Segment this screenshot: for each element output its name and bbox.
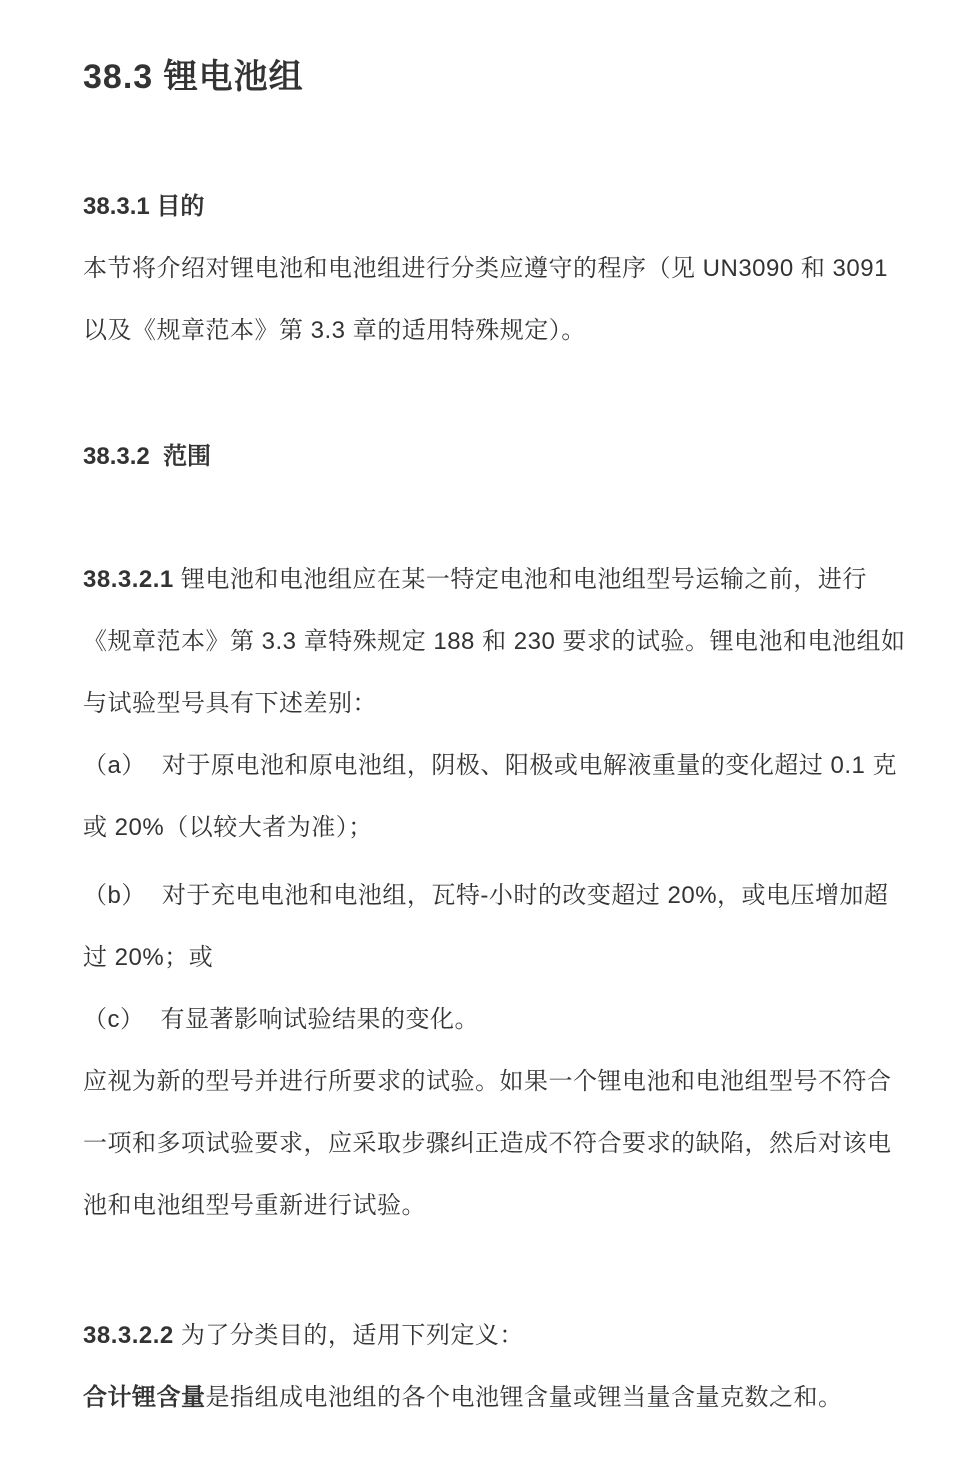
list-item-b-label: （b） xyxy=(83,882,162,909)
paragraph-purpose: 本节将介绍对锂电池和电池组进行分类应遵守的程序（见 UN3090 和 3091 … xyxy=(83,238,908,362)
list-item-a: （a）对于原电池和原电池组，阴极、阳极或电解液重量的变化超过 0.1 克或 20… xyxy=(83,735,908,859)
clause-number-38-3-2-2: 38.3.2.2 xyxy=(83,1322,174,1349)
list-item-a-label: （a） xyxy=(83,752,162,779)
paragraph-38-3-2-1: 38.3.2.1 锂电池和电池组应在某一特定电池和电池组型号运输之前，进行《规章… xyxy=(83,549,908,735)
list-item-c-text: 有显著影响试验结果的变化。 xyxy=(161,1006,480,1033)
list-item-c: （c）有显著影响试验结果的变化。 xyxy=(83,989,908,1051)
heading-38-3-2-scope: 38.3.2 范围 xyxy=(83,426,908,488)
definition-text: 是指组成电池组的各个电池锂含量或锂当量含量克数之和。 xyxy=(206,1384,843,1411)
clause-text-38-3-2-2: 为了分类目的，适用下列定义： xyxy=(174,1322,524,1349)
clause-text-38-3-2-1: 锂电池和电池组应在某一特定电池和电池组型号运输之前，进行《规章范本》第 3.3 … xyxy=(83,566,905,717)
paragraph-38-3-2-2: 38.3.2.2 为了分类目的，适用下列定义： xyxy=(83,1305,908,1367)
paragraph-definition: 合计锂含量是指组成电池组的各个电池锂含量或锂当量含量克数之和。 xyxy=(83,1367,908,1429)
clause-number-38-3-2-1: 38.3.2.1 xyxy=(83,566,174,593)
heading-38-3-1-purpose: 38.3.1 目的 xyxy=(83,176,908,238)
list-item-b-text: 对于充电电池和电池组，瓦特-小时的改变超过 20%，或电压增加超过 20%；或 xyxy=(83,882,889,971)
paragraph-conclusion: 应视为新的型号并进行所要求的试验。如果一个锂电池和电池组型号不符合一项和多项试验… xyxy=(83,1051,908,1237)
document-page: 38.3 锂电池组 38.3.1 目的 本节将介绍对锂电池和电池组进行分类应遵守… xyxy=(0,0,970,1470)
list-item-b: （b）对于充电电池和电池组，瓦特-小时的改变超过 20%，或电压增加超过 20%… xyxy=(83,865,908,989)
page-title: 38.3 锂电池组 xyxy=(83,55,908,99)
list-item-a-text: 对于原电池和原电池组，阴极、阳极或电解液重量的变化超过 0.1 克或 20%（以… xyxy=(83,752,897,841)
list-item-c-label: （c） xyxy=(83,1006,161,1033)
definition-term: 合计锂含量 xyxy=(83,1384,206,1411)
